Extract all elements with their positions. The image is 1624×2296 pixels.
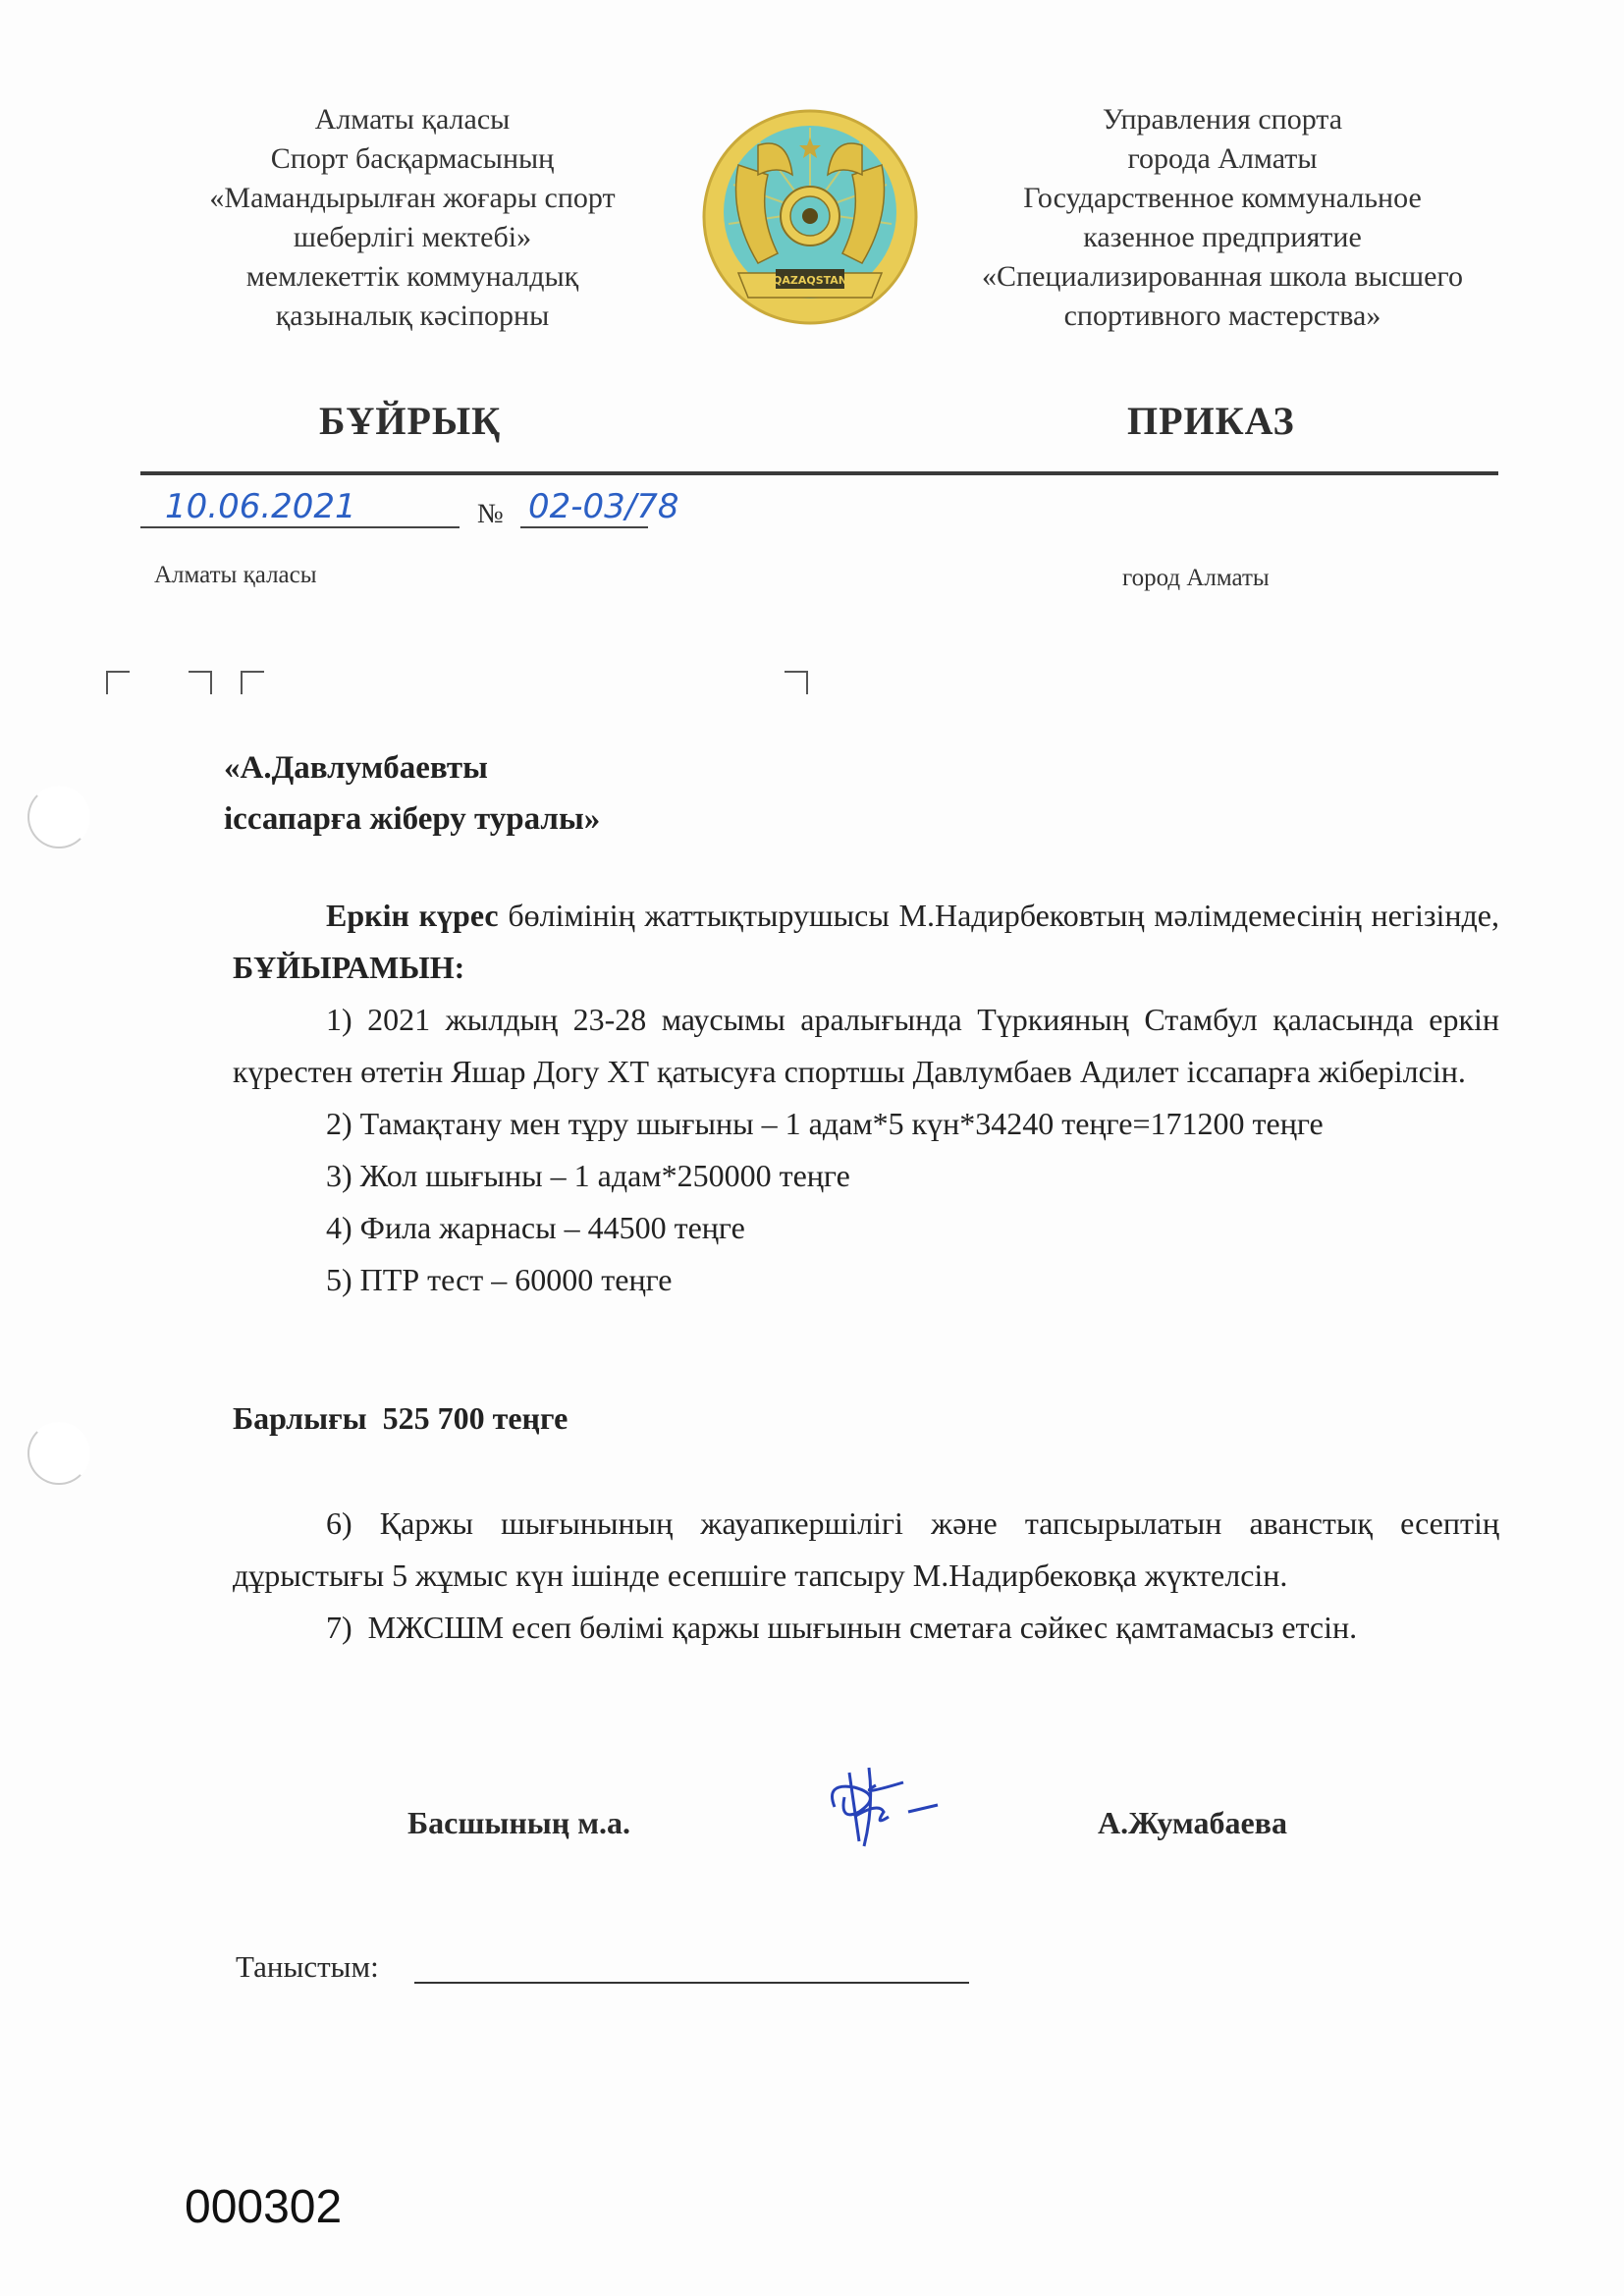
header-line: казенное предприятие bbox=[918, 218, 1527, 257]
order-keyword: БҰЙЫРАМЫН: bbox=[233, 950, 464, 985]
document-serial-number: 000302 bbox=[185, 2180, 342, 2234]
date-underline bbox=[140, 526, 460, 528]
order-item: 2) Тамақтану мен тұру шығыны – 1 адам*5 … bbox=[233, 1098, 1499, 1150]
city-kz: Алматы қаласы bbox=[154, 562, 317, 589]
corner-mark bbox=[785, 671, 808, 694]
header-org-kz: Алматы қаласы Спорт басқармасының «Маман… bbox=[157, 100, 668, 336]
header-line: шеберлігі мектебі» bbox=[157, 218, 668, 257]
acknowledgement-signature-line bbox=[414, 1982, 969, 1984]
order-item: 3) Жол шығыны – 1 адам*250000 теңге bbox=[233, 1150, 1499, 1202]
number-underline bbox=[520, 526, 648, 528]
acknowledgement-label: Таныстым: bbox=[236, 1949, 379, 1985]
header-line: Спорт басқармасының bbox=[157, 139, 668, 179]
corner-mark bbox=[189, 671, 212, 694]
order-item: 7) МЖСШМ есеп бөлімі қаржы шығынын смета… bbox=[233, 1602, 1499, 1654]
hole-punch-mark bbox=[27, 1422, 90, 1485]
handwritten-date: 10.06.2021 bbox=[165, 487, 356, 526]
header-line: города Алматы bbox=[918, 139, 1527, 179]
subject-line: «А.Давлумбаевты bbox=[224, 742, 600, 793]
header-line: Государственное коммунальное bbox=[918, 179, 1527, 218]
header-line: Управления спорта bbox=[918, 100, 1527, 139]
city-ru: город Алматы bbox=[1122, 565, 1270, 592]
preamble-text: бөлімінің жаттықтырушысы М.Надирбековтың… bbox=[499, 898, 1499, 933]
header-org-ru: Управления спорта города Алматы Государс… bbox=[918, 100, 1527, 336]
order-item: 5) ПТР тест – 60000 теңге bbox=[233, 1254, 1499, 1306]
document-title-ru: ПРИКАЗ bbox=[1127, 398, 1295, 444]
preamble-paragraph: Еркін күрес бөлімінің жаттықтырушысы М.Н… bbox=[233, 890, 1499, 994]
order-item: 1) 2021 жылдың 23-28 маусымы аралығында … bbox=[233, 994, 1499, 1098]
preamble-bold: Еркін күрес bbox=[326, 898, 499, 933]
header-line: спортивного мастерства» bbox=[918, 297, 1527, 336]
hole-punch-mark bbox=[27, 786, 90, 848]
svg-text:QAZAQSTAN: QAZAQSTAN bbox=[773, 274, 847, 287]
header-line: «Мамандырылған жоғары спорт bbox=[157, 179, 668, 218]
total-amount: Барлығы 525 700 теңге bbox=[233, 1400, 568, 1437]
order-body: Еркін күрес бөлімінің жаттықтырушысы М.Н… bbox=[233, 890, 1499, 1306]
handwritten-signature-icon bbox=[815, 1758, 962, 1861]
corner-mark bbox=[106, 671, 130, 694]
header-line: қазыналық кәсіпорны bbox=[157, 297, 668, 336]
header-line: мемлекеттік коммуналдық bbox=[157, 257, 668, 297]
header-line: Алматы қаласы bbox=[157, 100, 668, 139]
order-subject: «А.Давлумбаевты іссапарға жіберу туралы» bbox=[224, 742, 600, 845]
header-divider bbox=[140, 471, 1498, 475]
header-line: «Специализированная школа высшего bbox=[918, 257, 1527, 297]
handwritten-order-number: 02-03/78 bbox=[528, 487, 679, 526]
order-body-continued: 6) Қаржы шығынының жауапкершілігі және т… bbox=[233, 1498, 1499, 1654]
number-sign: № bbox=[477, 499, 504, 530]
corner-mark bbox=[241, 671, 264, 694]
state-emblem-icon: QAZAQSTAN bbox=[699, 106, 921, 328]
order-item: 6) Қаржы шығынының жауапкершілігі және т… bbox=[233, 1498, 1499, 1602]
order-item: 4) Фила жарнасы – 44500 теңге bbox=[233, 1202, 1499, 1254]
signatory-name: А.Жумабаева bbox=[1098, 1805, 1287, 1841]
subject-line: іссапарға жіберу туралы» bbox=[224, 793, 600, 845]
signatory-role: Басшының м.а. bbox=[407, 1805, 630, 1841]
document-title-kz: БҰЙРЫҚ bbox=[319, 398, 501, 444]
